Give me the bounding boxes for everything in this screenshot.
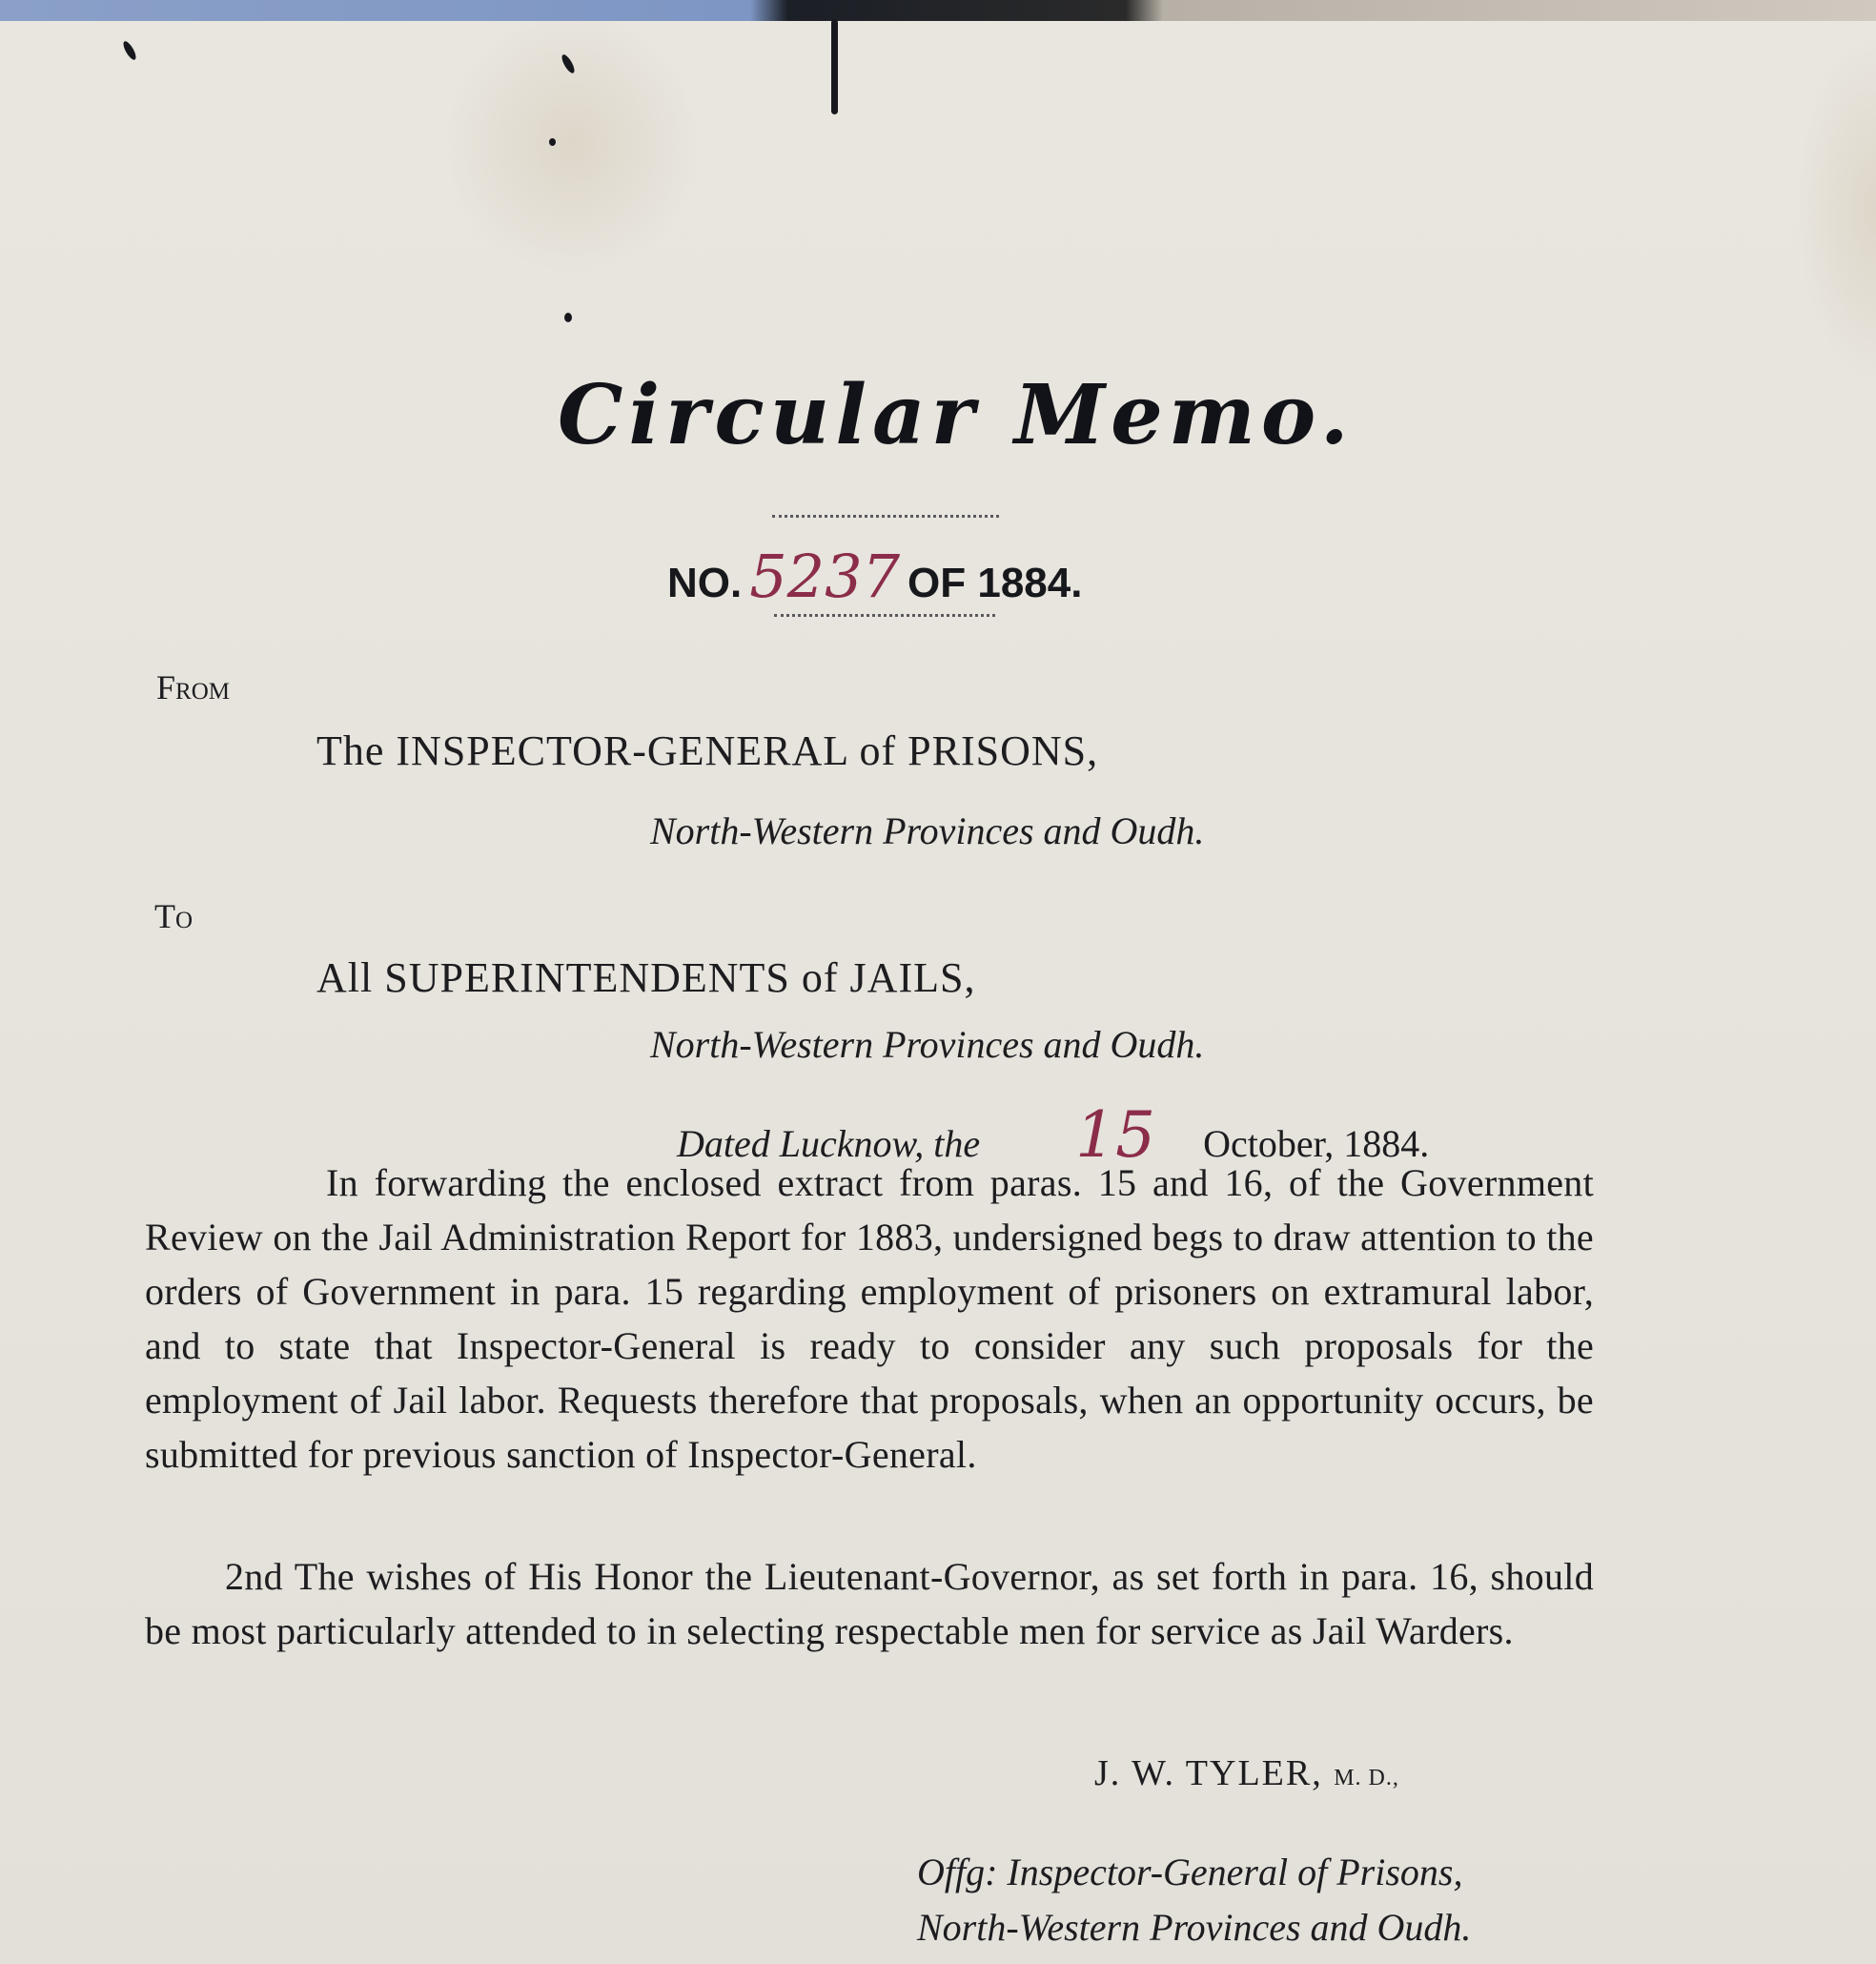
paragraph-2: 2nd The wishes of His Honor the Lieutena…	[145, 1549, 1594, 1658]
ink-speck	[549, 138, 556, 146]
signature-name: J. W. TYLER,	[1094, 1753, 1323, 1793]
title-rule	[772, 511, 999, 518]
signature-title-1: Offg: Inspector-General of Prisons,	[917, 1850, 1462, 1894]
memo-number-prefix: NO.	[667, 560, 742, 606]
signature-title-2: North-Western Provinces and Oudh.	[917, 1905, 1471, 1950]
ink-speck	[564, 313, 572, 322]
to-line-2: North-Western Provinces and Oudh.	[650, 1022, 1204, 1067]
to-label: To	[154, 896, 193, 936]
document-title: Circular Memo.	[558, 367, 1355, 463]
paragraph-1: In forwarding the enclosed extract from …	[145, 1156, 1594, 1482]
from-line-2: North-Western Provinces and Oudh.	[650, 808, 1204, 853]
signature-degree: M. D.,	[1334, 1766, 1399, 1790]
ink-stroke	[831, 19, 838, 114]
number-rule	[774, 610, 995, 617]
from-label: From	[156, 667, 230, 707]
signature-name-line: J. W. TYLER, M. D.,	[1094, 1752, 1399, 1794]
photo-top-edge	[0, 0, 1876, 21]
to-line-1: All SUPERINTENDENTS of JAILS,	[316, 953, 975, 1002]
memo-number-suffix: OF 1884.	[907, 560, 1082, 606]
memo-number-handwritten: 5237	[749, 542, 900, 611]
from-line-1: The INSPECTOR-GENERAL of PRISONS,	[316, 726, 1098, 775]
memo-number: NO.5237OF 1884.	[667, 542, 1082, 611]
